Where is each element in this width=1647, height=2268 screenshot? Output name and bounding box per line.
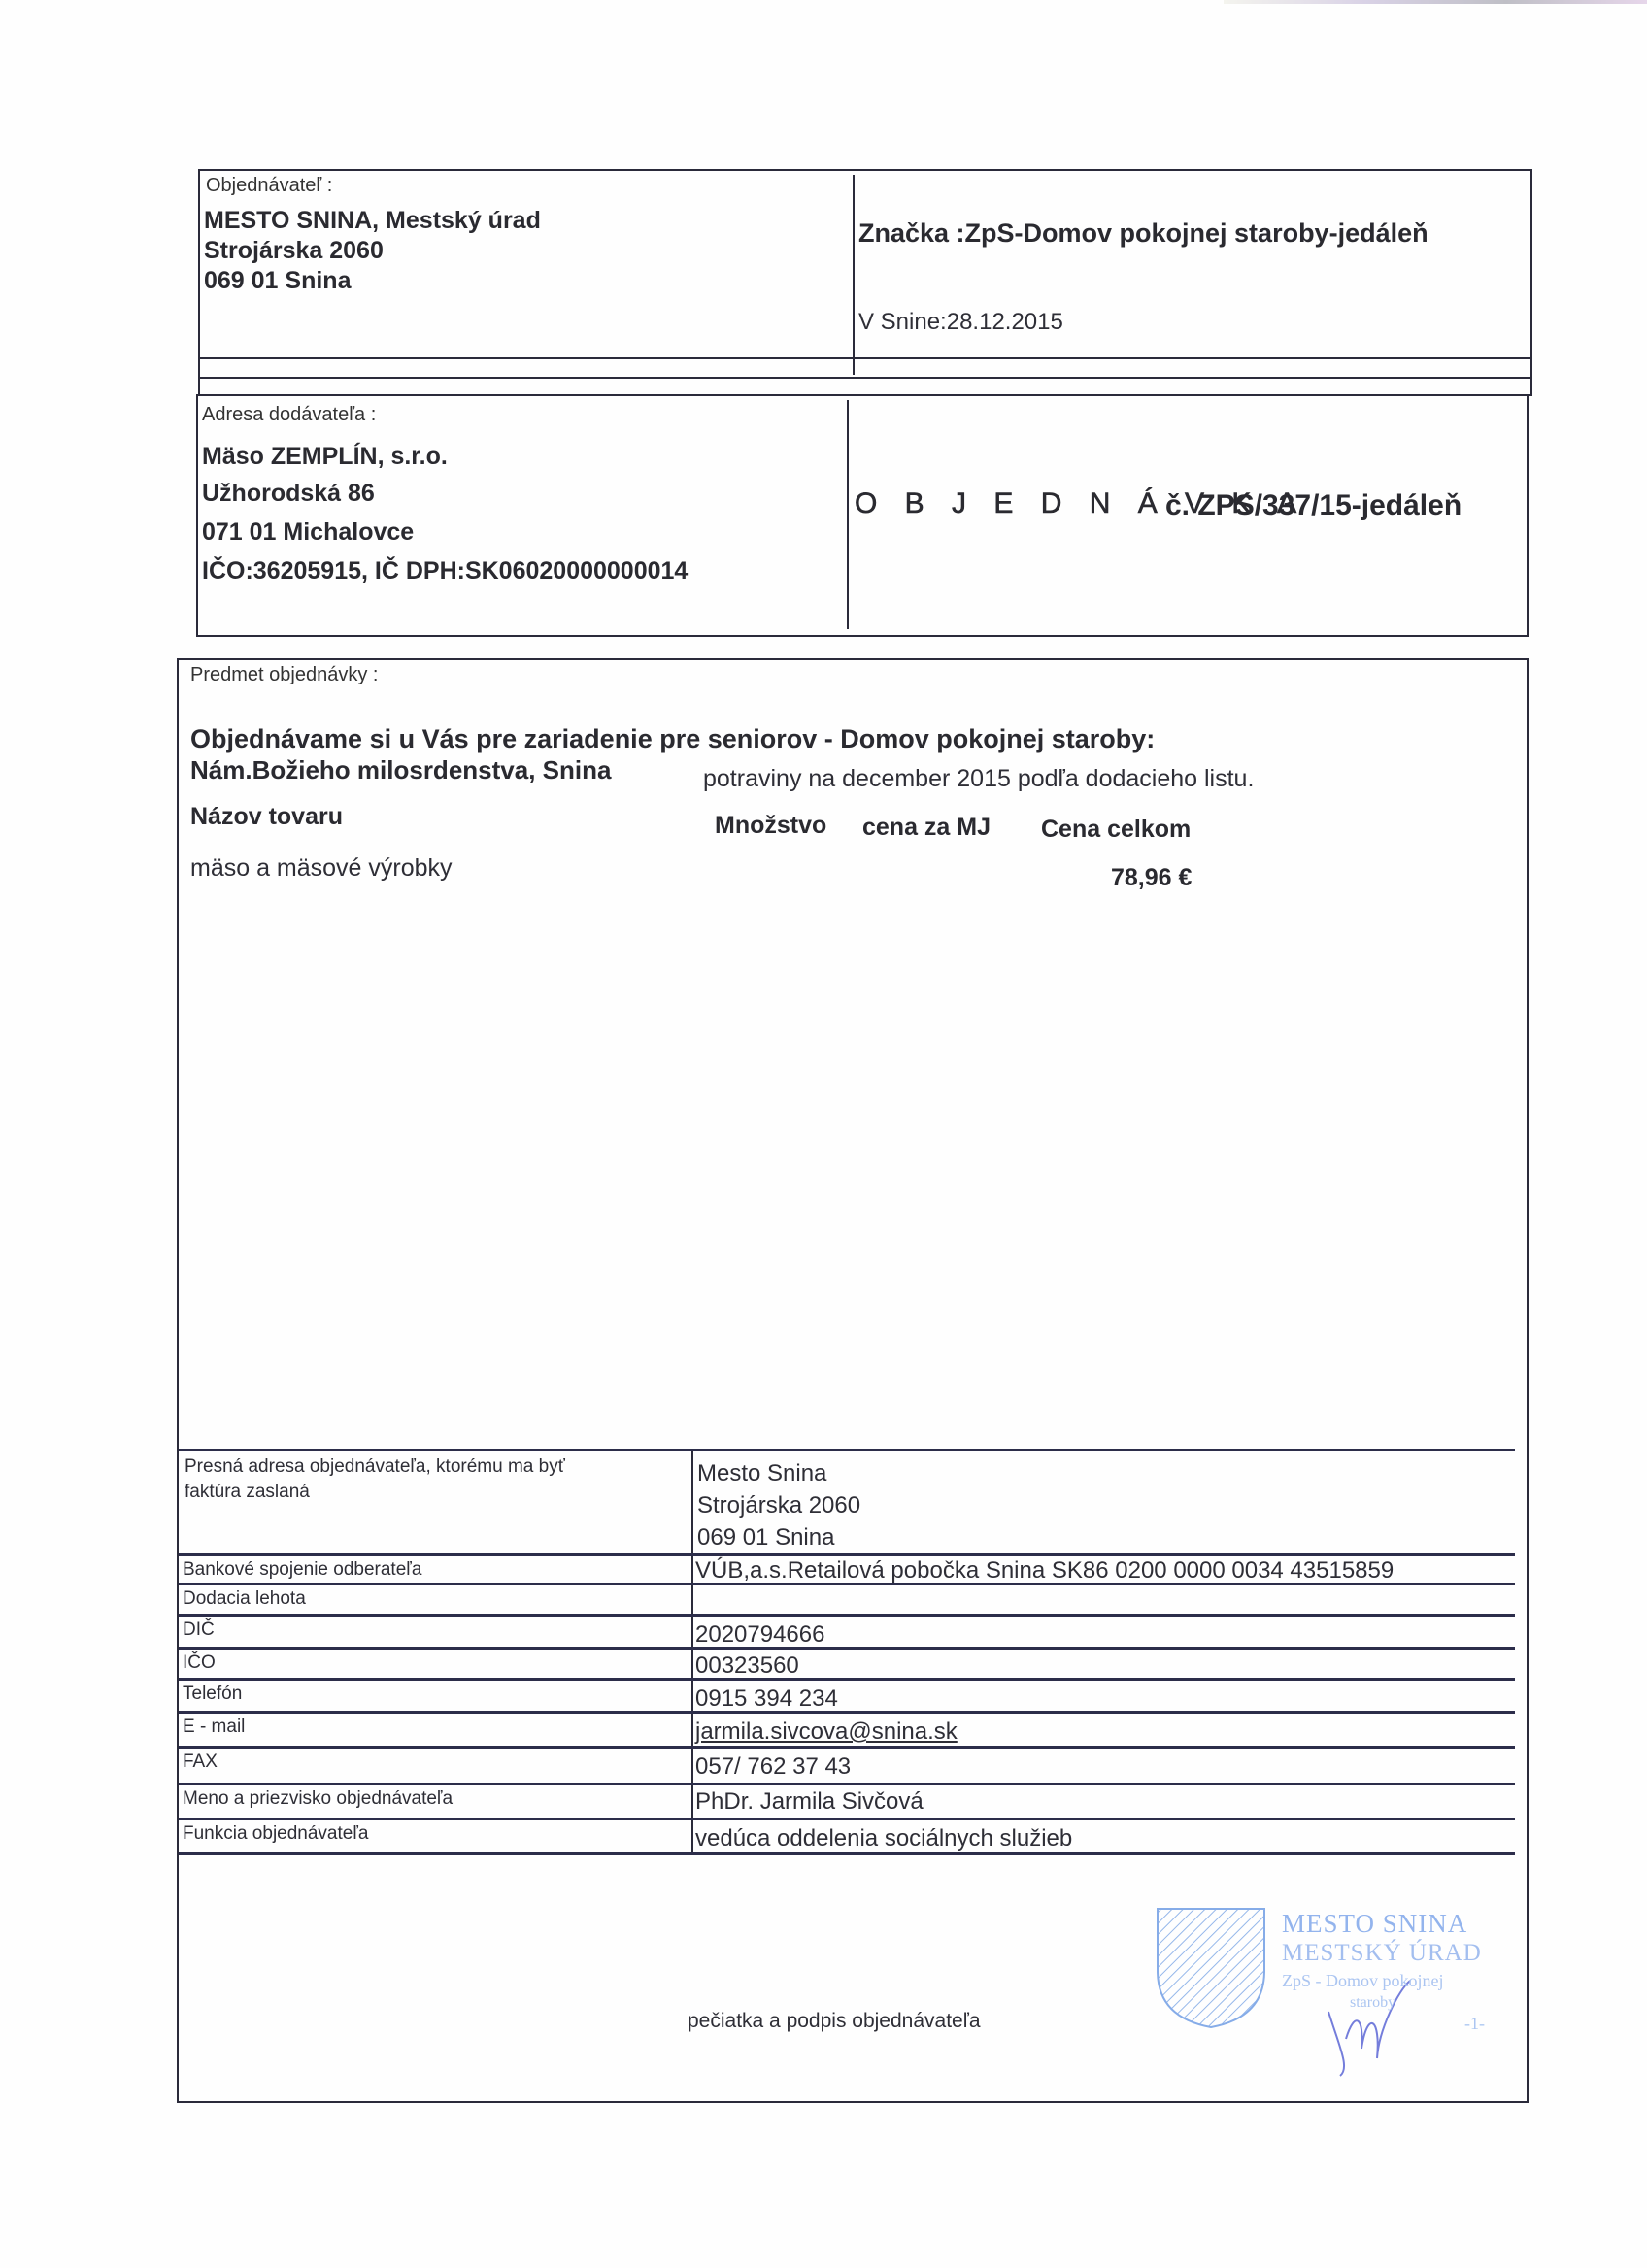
details-value-invoice-city: 069 01 Snina — [697, 1524, 834, 1551]
official-stamp: MESTO SNINA MESTSKÝ ÚRAD ZpS - Domov pok… — [1156, 1903, 1515, 2078]
details-value-phone: 0915 394 234 — [695, 1685, 838, 1713]
spacer-band — [198, 357, 1532, 396]
details-value-email-link[interactable]: jarmila.sivcova@snina.sk — [695, 1718, 958, 1746]
order-number: č. ZPS/337/15-jedáleň — [1165, 489, 1462, 522]
details-label-function: Funkcia objednávateľa — [183, 1823, 368, 1845]
item-total: 78,96 € — [1111, 864, 1192, 892]
stamp-line4: staroby — [1350, 1994, 1395, 2012]
supplier-street: Užhorodská 86 — [202, 480, 375, 508]
orderer-divider — [853, 175, 855, 375]
row-line — [179, 1614, 1515, 1617]
orderer-section — [198, 169, 1532, 379]
reference-place-date: V Snine:28.12.2015 — [858, 309, 1063, 336]
details-value-invoice-street: Strojárska 2060 — [697, 1492, 860, 1519]
row-line — [179, 1852, 1515, 1855]
row-line — [179, 1746, 1515, 1749]
subject-line2-right: potraviny na december 2015 podľa dodacie… — [703, 765, 1254, 793]
details-label-invoice-address-2: faktúra zaslaná — [185, 1482, 310, 1503]
stamp-line1: MESTO SNINA — [1282, 1909, 1467, 1939]
orderer-street: Strojárska 2060 — [204, 237, 384, 265]
reference-mark: Značka :ZpS-Domov pokojnej staroby-jedál… — [858, 218, 1429, 249]
document-page: Objednávateľ : MESTO SNINA, Mestský úrad… — [0, 0, 1647, 2268]
column-header-total: Cena celkom — [1041, 816, 1191, 844]
row-line — [179, 1553, 1515, 1556]
details-label-phone: Telefón — [183, 1684, 242, 1705]
scan-edge — [1224, 0, 1647, 4]
details-label-fax: FAX — [183, 1751, 218, 1773]
details-label-ico: IČO — [183, 1652, 216, 1674]
supplier-ids: IČO:36205915, IČ DPH:SK06020000000014 — [202, 557, 688, 585]
orderer-label: Objednávateľ : — [206, 175, 332, 197]
supplier-label: Adresa dodávateľa : — [202, 404, 376, 426]
supplier-name: Mäso ZEMPLÍN, s.r.o. — [202, 443, 448, 471]
details-top-line — [179, 1449, 1515, 1451]
stamp-line3: ZpS - Domov pokojnej — [1282, 1971, 1444, 1991]
row-line — [179, 1783, 1515, 1785]
details-value-invoice-name: Mesto Snina — [697, 1460, 826, 1487]
details-value-dic: 2020794666 — [695, 1621, 824, 1649]
details-label-name: Meno a priezvisko objednávateľa — [183, 1788, 453, 1810]
subject-line2-left: Nám.Božieho milosrdenstva, Snina — [190, 755, 611, 785]
supplier-divider — [847, 400, 849, 629]
details-value-ico: 00323560 — [695, 1652, 799, 1680]
row-line — [179, 1818, 1515, 1820]
details-value-name: PhDr. Jarmila Sivčová — [695, 1788, 924, 1816]
details-value-bank: VÚB,a.s.Retailová pobočka Snina SK86 020… — [695, 1557, 1394, 1584]
column-header-unit-price: cena za MJ — [862, 814, 991, 842]
row-line — [179, 1678, 1515, 1681]
orderer-name: MESTO SNINA, Mestský úrad — [204, 207, 541, 235]
details-label-dic: DIČ — [183, 1619, 215, 1641]
item-name: mäso a mäsové výrobky — [190, 854, 453, 883]
details-value-fax: 057/ 762 37 43 — [695, 1753, 851, 1781]
details-label-bank: Bankové spojenie odberateľa — [183, 1559, 421, 1581]
supplier-city: 071 01 Michalovce — [202, 518, 414, 547]
subject-line1: Objednávame si u Vás pre zariadenie pre … — [190, 724, 1155, 754]
column-header-quantity: Množstvo — [715, 812, 826, 840]
orderer-city: 069 01 Snina — [204, 267, 351, 295]
subject-label: Predmet objednávky : — [190, 664, 378, 686]
details-label-delivery: Dodacia lehota — [183, 1588, 306, 1610]
stamp-number: -1- — [1464, 2014, 1485, 2034]
row-line — [179, 1647, 1515, 1650]
stamp-line2: MESTSKÝ ÚRAD — [1282, 1940, 1482, 1967]
signature-caption: pečiatka a podpis objednávateľa — [688, 2010, 981, 2033]
row-line — [179, 1711, 1515, 1714]
details-label-email: E - mail — [183, 1717, 245, 1738]
column-header-item: Názov tovaru — [190, 803, 343, 831]
details-divider — [691, 1451, 693, 1854]
details-value-function: vedúca oddelenia sociálnych služieb — [695, 1825, 1072, 1852]
details-label-invoice-address: Presná adresa objednávateľa, ktorému ma … — [185, 1456, 565, 1478]
